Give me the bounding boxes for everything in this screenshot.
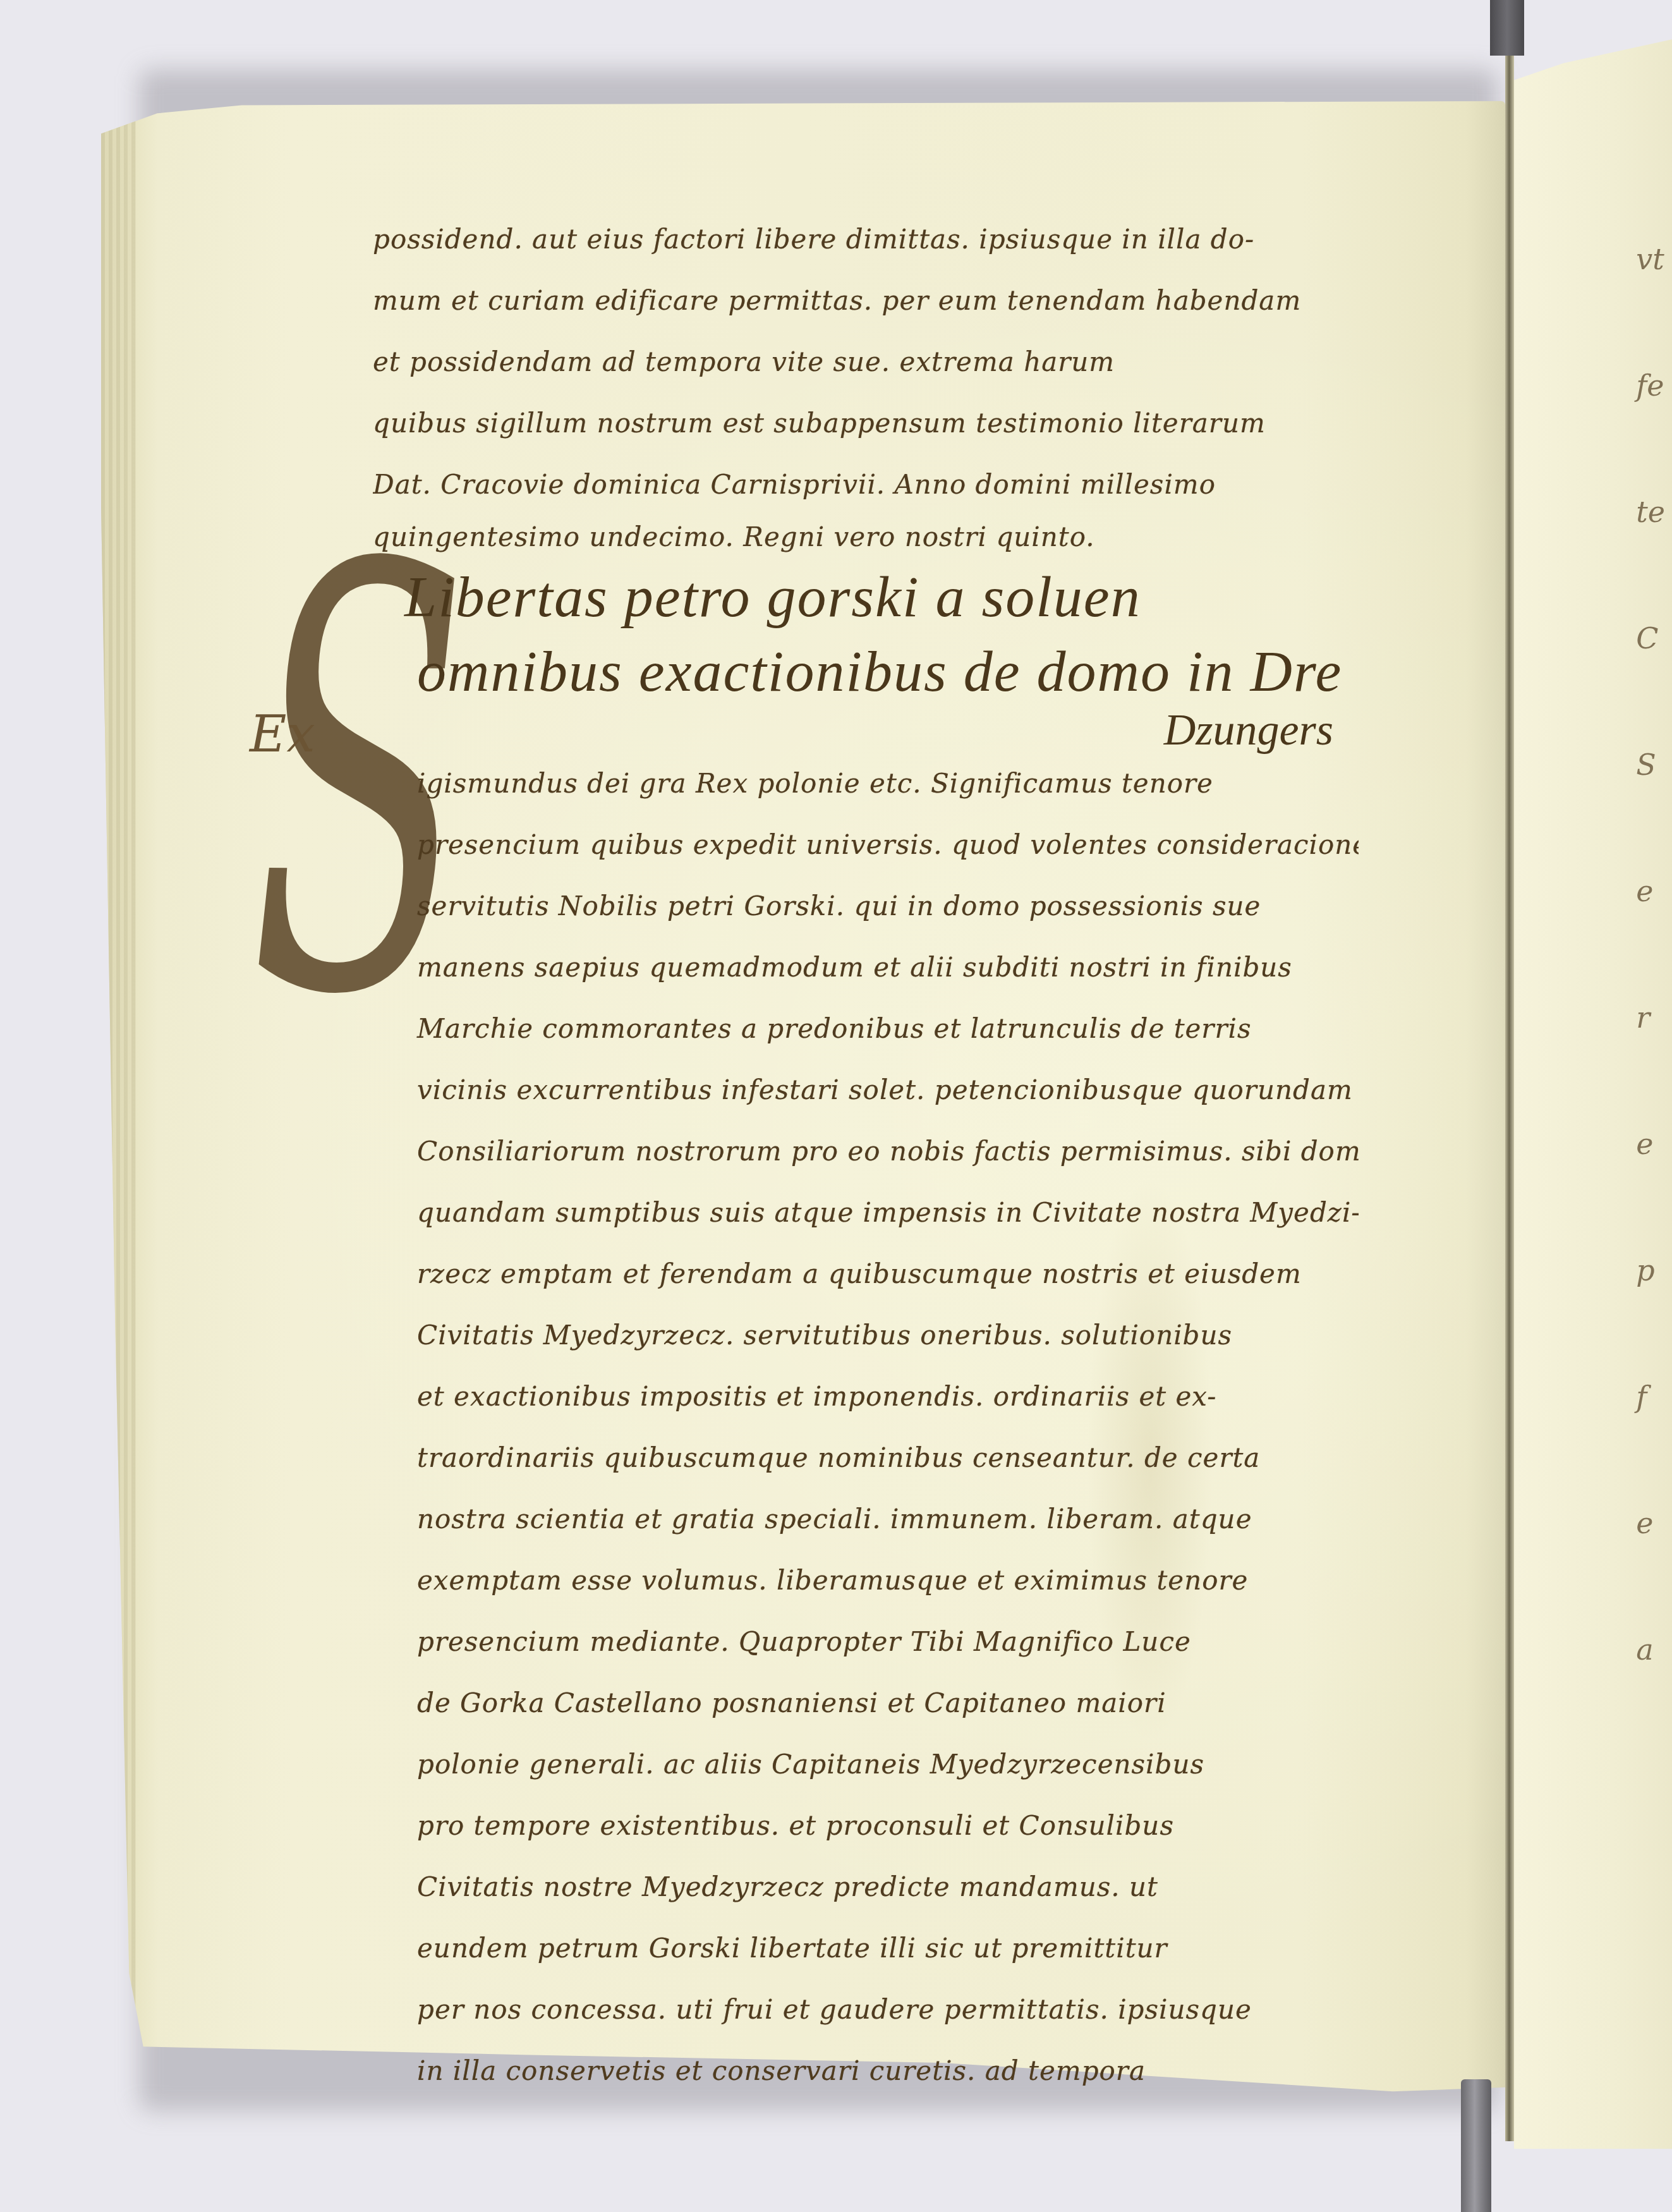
facing-fragment: S — [1636, 748, 1656, 782]
text-line: Civitatis nostre Myedzyrzecz predicte ma… — [373, 1856, 1359, 1917]
facing-fragment: e — [1636, 874, 1653, 908]
text-line: et exactionibus impositis et imponendis.… — [373, 1366, 1359, 1427]
text-line: Consiliariorum nostrorum pro eo nobis fa… — [373, 1121, 1359, 1182]
facing-fragment: r — [1636, 1000, 1650, 1035]
text-line: exemptam esse volumus. liberamusque et e… — [373, 1550, 1359, 1611]
section-heading: omnibus exactionibus de domo in Dre — [417, 634, 1359, 708]
text-line: eundem petrum Gorski libertate illi sic … — [373, 1917, 1359, 1979]
text-line: quingentesimo undecimo. Regni vero nostr… — [373, 515, 1359, 559]
section-heading-tail: Dzungers — [373, 708, 1359, 753]
facing-fragment: a — [1636, 1632, 1653, 1667]
text-line: servitutis Nobilis petri Gorski. qui in … — [373, 875, 1359, 937]
facing-page-script: vt fe te C S e r e p f e a — [1618, 164, 1672, 1681]
text-line: Dat. Cracovie dominica Carnisprivii. Ann… — [373, 454, 1359, 515]
page-edge-stack — [101, 101, 136, 2136]
text-line: et possidendam ad tempora vite sue. extr… — [373, 331, 1359, 392]
text-line: polonie generali. ac aliis Capitaneis My… — [373, 1734, 1359, 1795]
facing-fragment: e — [1636, 1506, 1653, 1540]
text-line: presencium mediante. Quapropter Tibi Mag… — [373, 1611, 1359, 1672]
facing-fragment: fe — [1636, 368, 1664, 403]
facing-fragment: te — [1636, 495, 1665, 529]
text-line: Civitatis Myedzyrzecz. servitutibus oner… — [373, 1304, 1359, 1366]
text-line: in illa conservetis et conservari cureti… — [373, 2040, 1359, 2101]
margin-note: Ex — [250, 705, 315, 763]
facing-fragment: f — [1636, 1380, 1647, 1414]
book-gutter — [1505, 56, 1514, 2141]
section-heading: Libertas petro gorski a soluen — [404, 559, 1359, 634]
facing-fragment: vt — [1636, 242, 1664, 276]
text-line: nostra scientia et gratia speciali. immu… — [373, 1488, 1359, 1550]
text-line: vicinis excurrentibus infestari solet. p… — [373, 1059, 1359, 1121]
book-stand-bottom — [1461, 2079, 1491, 2212]
text-line: presencium quibus expedit universis. quo… — [373, 814, 1359, 875]
text-line: per nos concessa. uti frui et gaudere pe… — [373, 1979, 1359, 2040]
text-line: de Gorka Castellano posnaniensi et Capit… — [373, 1672, 1359, 1734]
text-line: manens saepius quemadmodum et alii subdi… — [373, 937, 1359, 998]
text-line: Marchie commorantes a predonibus et latr… — [373, 998, 1359, 1059]
text-line: pro tempore existentibus. et proconsuli … — [373, 1795, 1359, 1856]
text-line: mum et curiam edificare permittas. per e… — [373, 270, 1359, 331]
facing-fragment: e — [1636, 1127, 1653, 1161]
text-line: possidend. aut eius factori libere dimit… — [373, 209, 1359, 270]
text-line: rzecz emptam et ferendam a quibuscumque … — [373, 1243, 1359, 1304]
text-line: quibus sigillum nostrum est subappensum … — [373, 392, 1359, 454]
facing-fragment: p — [1636, 1253, 1654, 1287]
text-line: traordinariis quibuscumque nominibus cen… — [373, 1427, 1359, 1488]
text-line: quandam sumptibus suis atque impensis in… — [373, 1182, 1359, 1243]
facing-fragment: C — [1636, 621, 1658, 655]
manuscript-text: possidend. aut eius factori libere dimit… — [373, 209, 1359, 2101]
book-stand-top — [1490, 0, 1524, 56]
text-line: igismundus dei gra Rex polonie etc. Sign… — [373, 753, 1359, 814]
